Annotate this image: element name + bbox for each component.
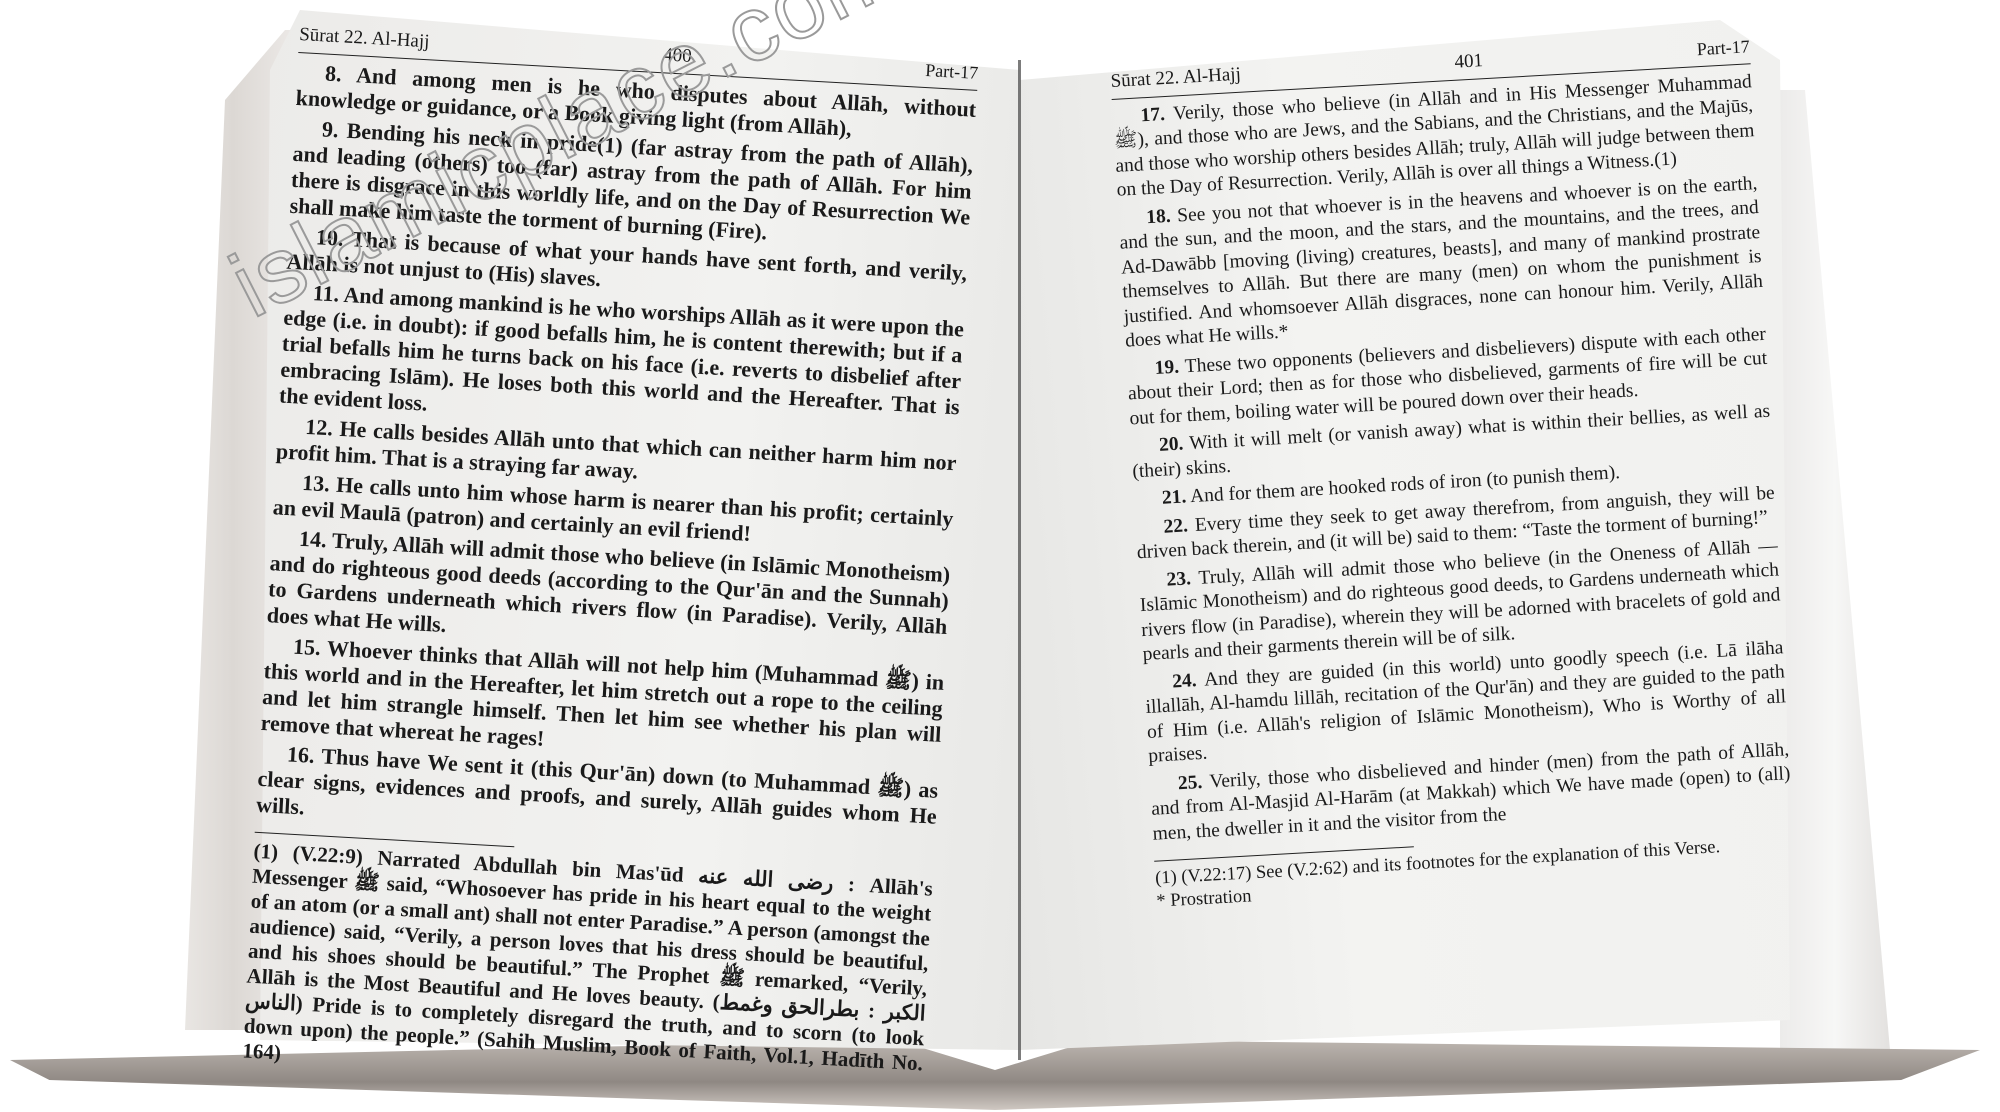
right-page-edges (1780, 90, 1890, 1060)
page-number: 401 (1454, 49, 1484, 75)
book-gutter (1018, 60, 1021, 1060)
footnote: (1) (V.22:9) Narrated Abdullah bin Mas'ū… (242, 839, 933, 1102)
verse: 18. See you not that whoever is in the h… (1118, 172, 1765, 354)
part-label: Part-17 (1696, 34, 1750, 61)
right-page-text: Sūrat 22. Al-Hajj 401 Part-17 17. Verily… (1110, 34, 1796, 913)
surah-title: Sūrat 22. Al-Hajj (1110, 63, 1242, 95)
open-book: Sūrat 22. Al-Hajj 400 Part-17 8. And amo… (0, 0, 2000, 1112)
part-label: Part-17 (925, 57, 979, 86)
